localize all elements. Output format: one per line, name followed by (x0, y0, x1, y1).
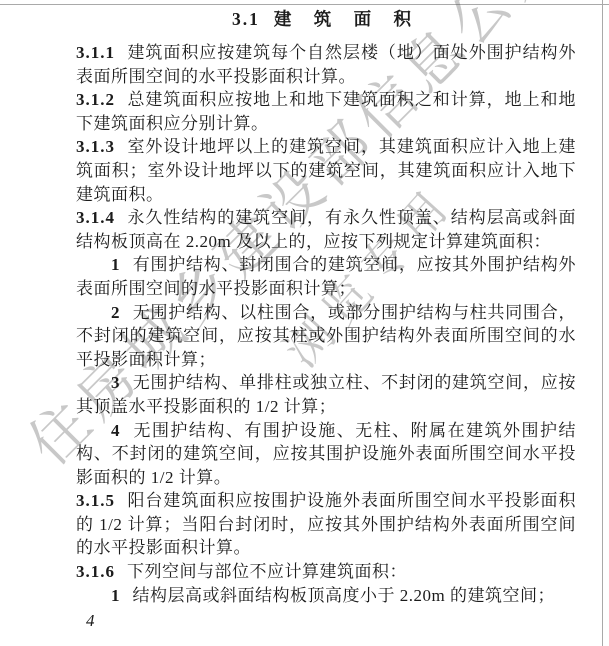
section-title-text: 建 筑 面 积 (274, 9, 420, 29)
clause-text: 总建筑面积应按地上和地下建筑面积之和计算，地上和地下建筑面积应分别计算。 (76, 90, 576, 133)
clause-number: 3.1.1 (76, 43, 127, 62)
page-number: 4 (86, 611, 95, 631)
sub-item-text: 有围护结构、封闭围合的建筑空间，应按其外围护结构外表面所围空间的水平投影面积计算… (76, 255, 576, 298)
document-page: 住房城乡建设部信息公开 浏览专用 3.1建 筑 面 积 3.1.1建筑面积应按建… (0, 0, 609, 646)
sub-item-text: 无围护结构、以柱围合，或部分围护结构与柱共同围合，不封闭的建筑空间，应按其柱或外… (76, 303, 576, 369)
clause-text: 建筑面积应按建筑每个自然层楼（地）面处外围护结构外表面所围空间的水平投影面积计算… (76, 43, 576, 86)
clause-number: 3.1.4 (76, 208, 127, 227)
clause-text: 阳台建筑面积应按围护设施外表面所围空间水平投影面积的 1/2 计算；当阳台封闭时… (76, 491, 576, 557)
clause-number: 3.1.3 (76, 137, 127, 156)
section-title: 3.1建 筑 面 积 (76, 6, 576, 31)
clause-text: 永久性结构的建筑空间，有永久性顶盖、结构层高或斜面结构板顶高在 2.20m 及以… (76, 208, 576, 251)
clause-paragraph: 3.1.4永久性结构的建筑空间，有永久性顶盖、结构层高或斜面结构板顶高在 2.2… (76, 206, 576, 253)
section-number: 3.1 (232, 9, 260, 29)
clause-number: 3.1.6 (76, 562, 127, 581)
sub-item-text: 结构层高或斜面结构板顶高度小于 2.20m 的建筑空间； (133, 586, 555, 605)
page-top-border (0, 4, 609, 5)
clause-text: 下列空间与部位不应计算建筑面积： (127, 562, 407, 581)
sub-item-number: 1 (111, 586, 133, 605)
sub-item-text: 无围护结构、单排柱或独立柱、不封闭的建筑空间，应按其顶盖水平投影面积的 1/2 … (76, 373, 576, 416)
sub-item-paragraph: 3无围护结构、单排柱或独立柱、不封闭的建筑空间，应按其顶盖水平投影面积的 1/2… (76, 371, 576, 418)
sub-item-paragraph: 2无围护结构、以柱围合，或部分围护结构与柱共同围合，不封闭的建筑空间，应按其柱或… (76, 301, 576, 372)
sub-item-paragraph: 1结构层高或斜面结构板顶高度小于 2.20m 的建筑空间； (76, 584, 576, 608)
clause-paragraph: 3.1.5阳台建筑面积应按围护设施外表面所围空间水平投影面积的 1/2 计算；当… (76, 489, 576, 560)
sub-item-number: 3 (111, 373, 133, 392)
clause-paragraph: 3.1.6下列空间与部位不应计算建筑面积： (76, 560, 576, 584)
sub-item-paragraph: 1有围护结构、封闭围合的建筑空间，应按其外围护结构外表面所围空间的水平投影面积计… (76, 253, 576, 300)
sub-item-paragraph: 4无围护结构、有围护设施、无柱、附属在建筑外围护结构、不封闭的建筑空间，应按其围… (76, 419, 576, 490)
sub-item-number: 1 (111, 255, 133, 274)
clause-paragraph: 3.1.3室外设计地坪以上的建筑空间，其建筑面积应计入地上建筑面积；室外设计地坪… (76, 135, 576, 206)
clause-paragraph: 3.1.1建筑面积应按建筑每个自然层楼（地）面处外围护结构外表面所围空间的水平投… (76, 41, 576, 88)
sub-item-number: 2 (111, 303, 133, 322)
clause-number: 3.1.5 (76, 491, 127, 510)
page-right-border (602, 0, 603, 646)
sub-item-number: 4 (111, 421, 133, 440)
document-body: 3.1.1建筑面积应按建筑每个自然层楼（地）面处外围护结构外表面所围空间的水平投… (76, 41, 576, 607)
clause-number: 3.1.2 (76, 90, 127, 109)
sub-item-text: 无围护结构、有围护设施、无柱、附属在建筑外围护结构、不封闭的建筑空间，应按其围护… (76, 421, 576, 487)
clause-text: 室外设计地坪以上的建筑空间，其建筑面积应计入地上建筑面积；室外设计地坪以下的建筑… (76, 137, 576, 203)
clause-paragraph: 3.1.2总建筑面积应按地上和地下建筑面积之和计算，地上和地下建筑面积应分别计算… (76, 88, 576, 135)
